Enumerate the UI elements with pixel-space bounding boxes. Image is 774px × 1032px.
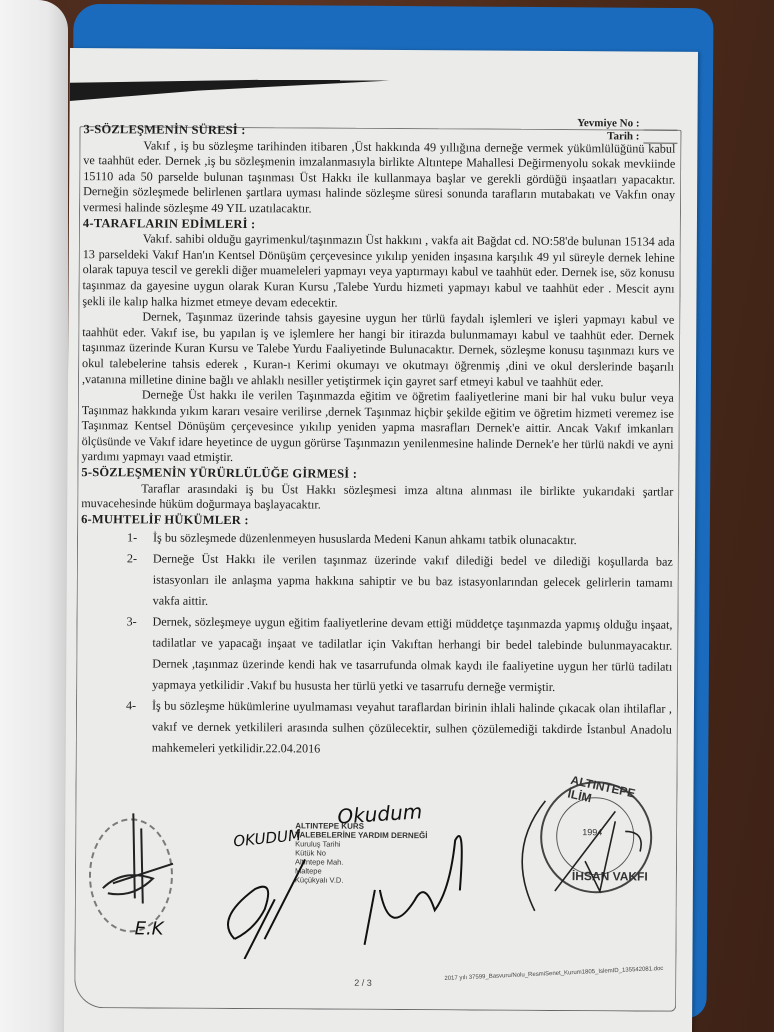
list-item-number: 2- — [127, 549, 137, 570]
right-signature — [505, 791, 656, 922]
list-item-number: 4- — [126, 696, 136, 717]
section-5-paragraph: Taraflar arasındaki iş bu Üst Hakkı sözl… — [81, 481, 673, 516]
section-3-paragraph: Vakıf , iş bu sözleşme tarihinden itibar… — [83, 138, 675, 220]
list-item-text: İş bu sözleşmede düzenlenmeyen hususlard… — [153, 531, 577, 548]
section-4-paragraph-2: Dernek, Taşınmaz üzerinde tahsis gayesin… — [82, 309, 674, 391]
document-page: Yevmiye No : Tarih : 3-SÖZLEŞMENİN SÜRES… — [64, 48, 698, 1032]
section-6-list: 1-İş bu sözleşmede düzenlenmeyen hususla… — [80, 528, 673, 763]
section-4-paragraph-1: Vakıf. sahibi olduğu gayrimenkul/taşınma… — [82, 231, 674, 313]
section-4-paragraph-3: Derneğe Üst hakkı ile verilen Taşınmazda… — [81, 387, 673, 469]
initials: Ε.Κ — [135, 918, 164, 939]
list-item: 3-Dernek, sözleşmeye uygun eğitim faaliy… — [152, 612, 673, 699]
list-item-text: Derneğe Üst Hakkı ile verilen taşınmaz ü… — [153, 552, 673, 608]
file-reference: 2017 yılı 37599_Basvuru/Nolu_ResmiSenet_… — [444, 966, 663, 982]
page-footer: 2 / 3 2017 yılı 37599_Basvuru/Nolu_Resmi… — [64, 976, 692, 980]
middle-signature — [214, 819, 495, 961]
list-item: 2-Derneğe Üst Hakkı ile verilen taşınmaz… — [153, 549, 673, 615]
page-number: 2 / 3 — [354, 978, 372, 988]
contract-body: 3-SÖZLEŞMENİN SÜRESİ : Vakıf , iş bu söz… — [80, 122, 676, 762]
signature-area: ALTINTEPE KURS TALEBELERİNE YARDIM DERNE… — [64, 768, 693, 1012]
scan-artifact-bar — [70, 73, 390, 103]
list-item-text: İş bu sözleşme hükümlerine uyulmaması ve… — [152, 699, 672, 756]
left-signature — [93, 808, 184, 929]
list-item-text: Dernek, sözleşmeye uygun eğitim faaliyet… — [152, 615, 672, 694]
list-item: 4-İş bu sözleşme hükümlerine uyulmaması … — [152, 696, 672, 762]
list-item-number: 1- — [127, 528, 137, 549]
previous-page-edge — [0, 0, 68, 1032]
list-item-number: 3- — [126, 612, 136, 633]
